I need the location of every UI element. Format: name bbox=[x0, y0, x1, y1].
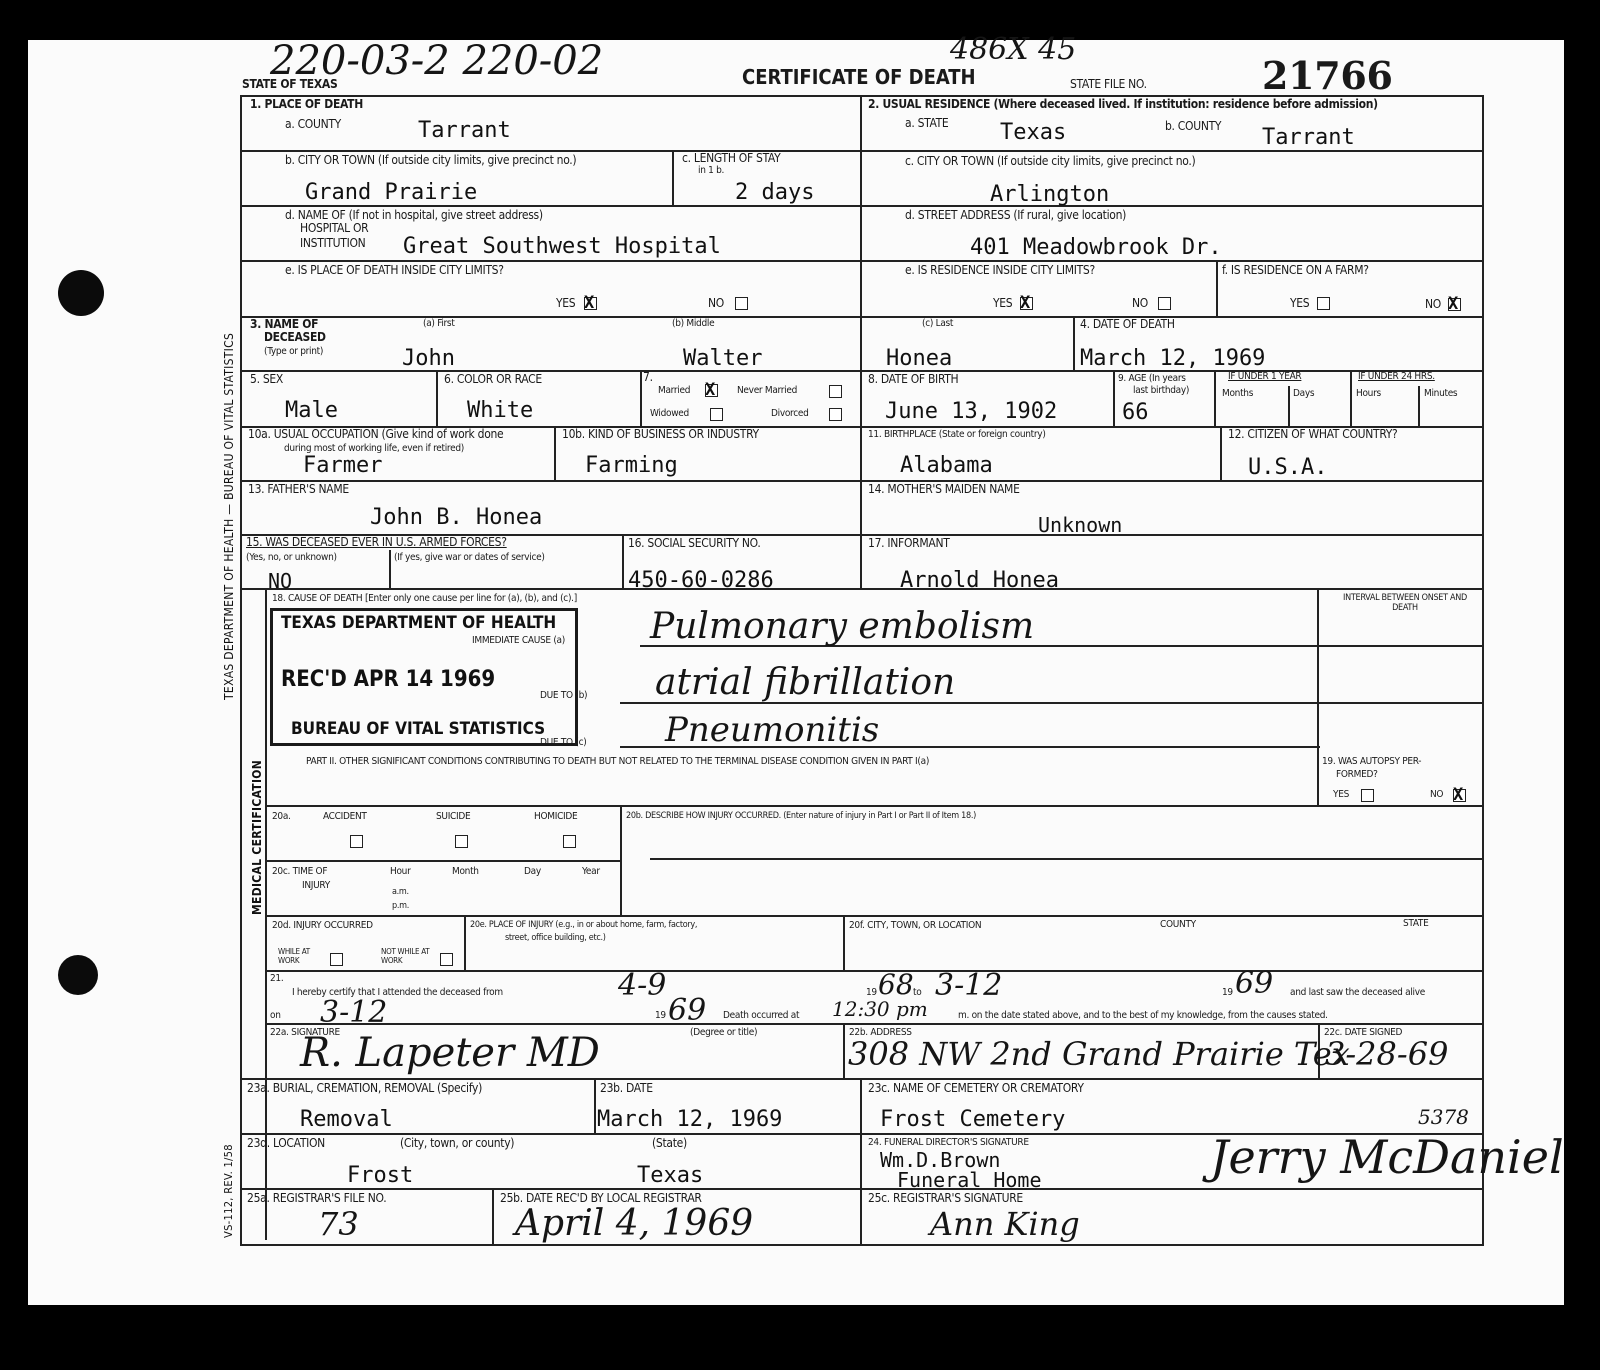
age-value: 66 bbox=[1122, 401, 1149, 425]
ssn-value: 450-60-0286 bbox=[628, 569, 774, 593]
describe-injury-label: 20b. DESCRIBE HOW INJURY OCCURRED. (Ente… bbox=[626, 811, 976, 821]
race-label: 6. COLOR OR RACE bbox=[444, 373, 542, 386]
inside-limits-yes-checkbox[interactable] bbox=[584, 297, 597, 310]
col-line bbox=[492, 1188, 494, 1244]
residence-label: 2. USUAL RESIDENCE (Where deceased lived… bbox=[868, 98, 1378, 111]
place-county-value: Tarrant bbox=[418, 119, 511, 143]
residence-street-value: 401 Meadowbrook Dr. bbox=[970, 236, 1222, 260]
cause-c-value: Pneumonitis bbox=[665, 710, 879, 750]
death-occurred-label: Death occurred at bbox=[723, 1010, 799, 1021]
funeral-director-signature: Jerry McDaniel bbox=[1210, 1130, 1564, 1184]
city-label: b. CITY OR TOWN (If outside city limits,… bbox=[285, 154, 576, 167]
date-of-death-label: 4. DATE OF DEATH bbox=[1080, 318, 1175, 331]
months-label: Months bbox=[1222, 388, 1253, 399]
physician-address-value: 308 NW 2nd Grand Prairie Tex bbox=[848, 1035, 1350, 1073]
age-label-2: last birthday) bbox=[1133, 385, 1189, 396]
accident-checkbox[interactable] bbox=[350, 835, 363, 848]
age-label: 9. AGE (In years bbox=[1118, 373, 1186, 384]
col-line bbox=[436, 370, 438, 426]
county-label: a. COUNTY bbox=[285, 118, 341, 131]
inside-limits-no-label: NO bbox=[708, 297, 724, 310]
sex-value: Male bbox=[285, 399, 338, 423]
registrar-file-label: 25a. REGISTRAR'S FILE NO. bbox=[247, 1192, 386, 1205]
informant-value: Arnold Honea bbox=[900, 569, 1059, 593]
place-of-injury-label-2: street, office building, etc.) bbox=[505, 933, 606, 943]
last-name-value: Honea bbox=[886, 347, 952, 371]
col-line bbox=[594, 1078, 596, 1133]
residence-limits-label: e. IS RESIDENCE INSIDE CITY LIMITS? bbox=[905, 264, 1095, 277]
stay-label: c. LENGTH OF STAY bbox=[682, 152, 780, 165]
cause-a-value: Pulmonary embolism bbox=[650, 606, 1034, 647]
describe-line bbox=[650, 858, 1484, 860]
father-label: 13. FATHER'S NAME bbox=[248, 483, 349, 496]
col-line bbox=[1214, 370, 1216, 426]
to-year-prefix: 19 bbox=[1222, 987, 1233, 998]
last-seen-value: 3-12 bbox=[320, 995, 387, 1030]
suicide-checkbox[interactable] bbox=[455, 835, 468, 848]
stamp-date: REC'D APR 14 1969 bbox=[281, 667, 495, 692]
row-line bbox=[265, 1023, 1484, 1025]
cause-b-value: atrial fibrillation bbox=[655, 662, 955, 703]
citizen-label: 12. CITIZEN OF WHAT COUNTRY? bbox=[1228, 428, 1397, 441]
inside-limits-label: e. IS PLACE OF DEATH INSIDE CITY LIMITS? bbox=[285, 264, 504, 277]
injury-type-label: 20a. bbox=[272, 811, 291, 822]
never-married-label: Never Married bbox=[737, 385, 797, 396]
col-line bbox=[1216, 260, 1218, 316]
col-line bbox=[1113, 370, 1115, 426]
last-seen-year-prefix: 19 bbox=[655, 1010, 666, 1021]
residence-limits-no-checkbox[interactable] bbox=[1158, 297, 1171, 310]
autopsy-label: 19. WAS AUTOPSY PER- bbox=[1322, 756, 1421, 767]
marital-label: 7. bbox=[643, 371, 653, 384]
cemetery-label: 23c. NAME OF CEMETERY OR CREMATORY bbox=[868, 1082, 1084, 1095]
occupation-label: 10a. USUAL OCCUPATION (Give kind of work… bbox=[248, 428, 503, 441]
pm-label: p.m. bbox=[392, 901, 409, 911]
injury-county-label: COUNTY bbox=[1160, 919, 1196, 930]
accident-label: ACCIDENT bbox=[323, 811, 367, 822]
injury-state-label: STATE bbox=[1403, 918, 1428, 929]
row-line bbox=[265, 915, 1484, 917]
part-two-label: PART II. OTHER SIGNIFICANT CONDITIONS CO… bbox=[306, 756, 929, 767]
attended-from-value: 4-9 bbox=[618, 968, 666, 1003]
hour-label: Hour bbox=[390, 866, 410, 877]
to-year-value: 69 bbox=[1235, 966, 1273, 1001]
autopsy-no-checkbox[interactable] bbox=[1453, 789, 1466, 802]
residence-limits-no-label: NO bbox=[1132, 297, 1148, 310]
ssn-label: 16. SOCIAL SECURITY NO. bbox=[628, 537, 761, 550]
residence-city-value: Arlington bbox=[990, 183, 1109, 207]
registrar-date-value: April 4, 1969 bbox=[515, 1203, 753, 1244]
citizen-value: U.S.A. bbox=[1248, 456, 1327, 480]
autopsy-yes-checkbox[interactable] bbox=[1361, 789, 1374, 802]
farm-yes-label: YES bbox=[1290, 297, 1309, 310]
col-line bbox=[860, 1078, 862, 1244]
dob-value: June 13, 1902 bbox=[885, 400, 1057, 424]
sex-label: 5. SEX bbox=[250, 373, 283, 386]
department-margin-text: TEXAS DEPARTMENT OF HEALTH — BUREAU OF V… bbox=[222, 333, 236, 700]
col-line bbox=[672, 150, 674, 205]
interval-label: INTERVAL BETWEEN ONSET AND DEATH bbox=[1340, 593, 1470, 613]
farm-label: f. IS RESIDENCE ON A FARM? bbox=[1222, 264, 1369, 277]
dob-label: 8. DATE OF BIRTH bbox=[868, 373, 958, 386]
residence-county-label: b. COUNTY bbox=[1165, 120, 1221, 133]
while-at-work-checkbox[interactable] bbox=[330, 953, 343, 966]
date-signed-value: 3-28-69 bbox=[1325, 1035, 1448, 1073]
not-while-at-work-checkbox[interactable] bbox=[440, 953, 453, 966]
last-seen-year-value: 69 bbox=[668, 993, 706, 1028]
industry-label: 10b. KIND OF BUSINESS OR INDUSTRY bbox=[562, 428, 759, 441]
row-line bbox=[240, 150, 1484, 152]
row-line bbox=[265, 970, 1484, 972]
occupation-value: Farmer bbox=[303, 454, 382, 478]
farm-no-checkbox[interactable] bbox=[1448, 298, 1461, 311]
married-label: Married bbox=[658, 385, 690, 396]
frame-left bbox=[240, 95, 242, 1245]
row-line bbox=[240, 1188, 1484, 1190]
residence-state-value: Texas bbox=[1000, 121, 1066, 145]
document-title: CERTIFICATE OF DEATH bbox=[742, 66, 976, 88]
suicide-label: SUICIDE bbox=[436, 811, 470, 822]
degree-label: (Degree or title) bbox=[690, 1027, 757, 1038]
col-line bbox=[1220, 426, 1222, 480]
row-line bbox=[240, 205, 1484, 207]
widowed-label: Widowed bbox=[650, 408, 689, 419]
birthplace-value: Alabama bbox=[900, 454, 993, 478]
informant-label: 17. INFORMANT bbox=[868, 537, 950, 550]
cemetery-value: Frost Cemetery bbox=[880, 1108, 1065, 1132]
armed-sub-label-2: (If yes, give war or dates of service) bbox=[394, 552, 545, 563]
row-line bbox=[240, 588, 1484, 590]
under-year-label: IF UNDER 1 YEAR bbox=[1228, 371, 1301, 382]
col-line bbox=[1288, 386, 1290, 426]
location-city-value: Frost bbox=[347, 1164, 413, 1188]
attended-to-value: 3-12 bbox=[935, 968, 1002, 1003]
row-line bbox=[240, 260, 1484, 262]
col-line bbox=[554, 426, 556, 480]
divorced-checkbox[interactable] bbox=[829, 408, 842, 421]
race-value: White bbox=[467, 399, 533, 423]
col-line bbox=[389, 550, 391, 588]
injury-occurred-label: 20d. INJURY OCCURRED bbox=[272, 920, 373, 931]
row-line bbox=[265, 860, 622, 862]
stamp-department: TEXAS DEPARTMENT OF HEALTH bbox=[281, 613, 556, 633]
mother-label: 14. MOTHER'S MAIDEN NAME bbox=[868, 483, 1020, 496]
location-label: 23d. LOCATION bbox=[247, 1137, 325, 1150]
col-line bbox=[1350, 370, 1352, 426]
col-line bbox=[1418, 386, 1420, 426]
deceased-name-label-3: (Type or print) bbox=[264, 346, 323, 357]
col-line bbox=[622, 534, 624, 588]
disposition-date-label: 23b. DATE bbox=[600, 1082, 653, 1095]
widowed-checkbox[interactable] bbox=[710, 408, 723, 421]
physician-signature: R. Lapeter MD bbox=[300, 1030, 600, 1076]
frame-right bbox=[1482, 95, 1484, 1245]
year-label: Year bbox=[582, 866, 600, 877]
divorced-label: Divorced bbox=[771, 408, 809, 419]
first-name-value: John bbox=[402, 347, 455, 371]
farm-yes-checkbox[interactable] bbox=[1317, 297, 1330, 310]
col-line bbox=[464, 915, 466, 970]
father-value: John B. Honea bbox=[370, 506, 542, 530]
row-line bbox=[240, 1078, 1484, 1080]
funeral-director-label: 24. FUNERAL DIRECTOR'S SIGNATURE bbox=[868, 1137, 1029, 1148]
residence-limits-yes-label: YES bbox=[993, 297, 1012, 310]
stay-sub-label: in 1 b. bbox=[698, 165, 724, 176]
residence-county-value: Tarrant bbox=[1262, 126, 1355, 150]
registrar-file-value: 73 bbox=[318, 1205, 359, 1243]
disposition-value: Removal bbox=[300, 1108, 393, 1132]
days-label: Days bbox=[1293, 388, 1314, 399]
mother-value: Unknown bbox=[1038, 513, 1122, 537]
under-day-label: IF UNDER 24 HRS. bbox=[1358, 371, 1435, 382]
hospital-label-3: INSTITUTION bbox=[300, 237, 365, 250]
handwritten-code-right: 486X 45 bbox=[950, 32, 1076, 67]
time-of-injury-label-2: INJURY bbox=[302, 880, 330, 891]
registrar-signature: Ann King bbox=[930, 1205, 1080, 1243]
injury-city-label: 20f. CITY, TOWN, OR LOCATION bbox=[849, 920, 981, 931]
certification-number: 21. bbox=[270, 973, 283, 984]
interval-divider bbox=[1317, 590, 1319, 805]
punch-hole-top bbox=[58, 270, 104, 316]
place-city-value: Grand Prairie bbox=[305, 181, 477, 205]
state-of-texas: STATE OF TEXAS bbox=[242, 78, 337, 91]
col-line bbox=[843, 1023, 845, 1078]
inside-limits-yes-label: YES bbox=[556, 297, 575, 310]
residence-limits-yes-checkbox[interactable] bbox=[1020, 297, 1033, 310]
armed-forces-value: NO bbox=[268, 569, 292, 593]
hospital-value: Great Southwest Hospital bbox=[403, 235, 721, 259]
date-of-death-value: March 12, 1969 bbox=[1080, 347, 1265, 371]
disposition-date-value: March 12, 1969 bbox=[597, 1108, 782, 1132]
location-state-value: Texas bbox=[637, 1164, 703, 1188]
autopsy-no-label: NO bbox=[1430, 789, 1443, 800]
inside-limits-no-checkbox[interactable] bbox=[735, 297, 748, 310]
homicide-checkbox[interactable] bbox=[563, 835, 576, 848]
disposition-label: 23a. BURIAL, CREMATION, REMOVAL (Specify… bbox=[247, 1082, 482, 1095]
state-file-label: STATE FILE NO. bbox=[1070, 78, 1147, 91]
place-of-death-label: 1. PLACE OF DEATH bbox=[250, 98, 363, 111]
best-knowledge-text: m. on the date stated above, and to the … bbox=[958, 1010, 1328, 1021]
hours-label: Hours bbox=[1356, 388, 1381, 399]
center-divider bbox=[860, 95, 862, 590]
funeral-home-line-2: Funeral Home bbox=[897, 1168, 1042, 1192]
married-checkbox[interactable] bbox=[705, 384, 718, 397]
middle-name-value: Walter bbox=[683, 347, 762, 371]
frame-bottom bbox=[240, 1244, 1484, 1246]
cause-section-label: 18. CAUSE OF DEATH [Enter only one cause… bbox=[272, 593, 577, 604]
stamp-bureau: BUREAU OF VITAL STATISTICS bbox=[291, 719, 545, 739]
farm-no-label: NO bbox=[1425, 298, 1441, 311]
month-label: Month bbox=[452, 866, 479, 877]
deceased-name-label-2: DECEASED bbox=[264, 331, 326, 344]
never-married-checkbox[interactable] bbox=[829, 385, 842, 398]
received-stamp: TEXAS DEPARTMENT OF HEALTH REC'D APR 14 … bbox=[270, 608, 578, 746]
homicide-label: HOMICIDE bbox=[534, 811, 577, 822]
medical-certification-margin: MEDICAL CERTIFICATION bbox=[250, 760, 264, 915]
minutes-label: Minutes bbox=[1424, 388, 1457, 399]
location-city-label: (City, town, or county) bbox=[400, 1137, 514, 1150]
location-state-label: (State) bbox=[652, 1137, 687, 1150]
place-of-injury-label: 20e. PLACE OF INJURY (e.g., in or about … bbox=[470, 920, 697, 930]
hospital-label-2: HOSPITAL OR bbox=[300, 222, 368, 235]
armed-forces-label: 15. WAS DECEASED EVER IN U.S. ARMED FORC… bbox=[246, 536, 507, 549]
row-line bbox=[265, 805, 1484, 807]
death-time-value: 12:30 pm bbox=[832, 997, 928, 1021]
residence-city-label: c. CITY OR TOWN (If outside city limits,… bbox=[905, 155, 1195, 168]
day-label: Day bbox=[524, 866, 541, 877]
autopsy-yes-label: YES bbox=[1333, 789, 1349, 800]
state-file-number: 21766 bbox=[1262, 56, 1393, 96]
not-while-at-work-label: NOT WHILE AT WORK bbox=[381, 947, 431, 965]
industry-value: Farming bbox=[585, 454, 678, 478]
middle-name-label: (b) Middle bbox=[672, 318, 714, 329]
col-line bbox=[640, 370, 642, 426]
row-line bbox=[240, 480, 1484, 482]
col-line bbox=[1073, 316, 1075, 370]
first-name-label: (a) First bbox=[423, 318, 455, 329]
am-label: a.m. bbox=[392, 887, 409, 897]
stay-value: 2 days bbox=[735, 181, 814, 205]
birthplace-label: 11. BIRTHPLACE (State or foreign country… bbox=[868, 429, 1046, 440]
autopsy-label-2: FORMED? bbox=[1336, 769, 1378, 780]
residence-state-label: a. STATE bbox=[905, 117, 948, 130]
punch-hole-bottom bbox=[58, 955, 98, 995]
residence-street-label: d. STREET ADDRESS (If rural, give locati… bbox=[905, 209, 1126, 222]
form-number-margin: VS-112, REV. 1/58 bbox=[222, 1144, 235, 1238]
on-label: on bbox=[270, 1010, 281, 1021]
while-at-work-label: WHILE AT WORK bbox=[278, 947, 326, 965]
time-of-injury-label: 20c. TIME OF bbox=[272, 866, 327, 877]
last-saw-text: and last saw the deceased alive bbox=[1290, 987, 1425, 998]
registrar-signature-label: 25c. REGISTRAR'S SIGNATURE bbox=[868, 1192, 1023, 1205]
last-name-label: (c) Last bbox=[922, 318, 953, 329]
license-number: 5378 bbox=[1418, 1105, 1469, 1129]
armed-sub-label-1: (Yes, no, or unknown) bbox=[246, 552, 337, 563]
col-line bbox=[843, 915, 845, 970]
